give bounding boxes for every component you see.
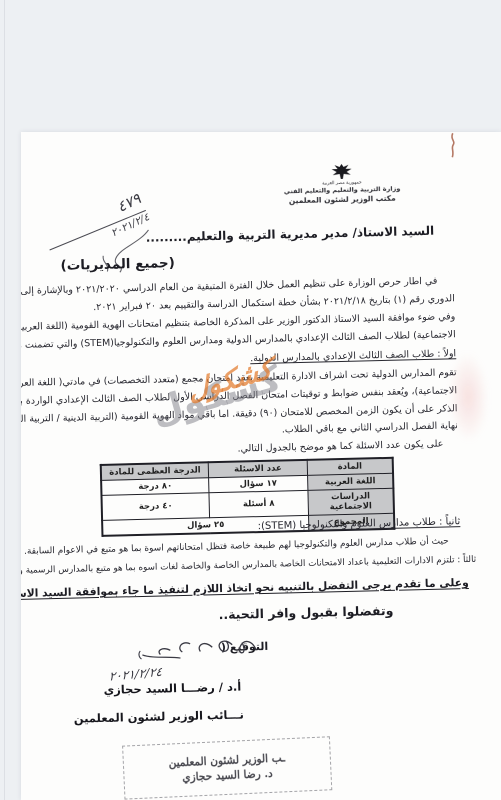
directorates-line: (جميع المديريات) (60, 255, 175, 274)
recipient-line: السيد الاستاذ/ مدير مديرية التربية والتع… (146, 224, 435, 245)
action-line: وعلى ما تقدم يرجى التفضل بالتنبيه نحو ات… (21, 576, 469, 602)
signature-name: أ.د / رضـــا السيد حجازي (103, 680, 241, 697)
signature-scribble-icon (136, 630, 263, 667)
letterhead: جمهورية مصر العربية وزارة التربية والتعل… (256, 162, 427, 206)
section1-heading: اولاً : طلاب الصف الثالث الإعدادي بالمدا… (250, 348, 456, 364)
official-stamp: ـب الوزير لشئون المعلمين د. رضا السيد حج… (122, 736, 332, 799)
table-note-line: على يكون عدد الاسئلة كما هو موضح بالجدول… (237, 439, 443, 455)
table-cell-questions: ٨ أسئلة (209, 490, 309, 517)
signature-title: نـــائب الوزير لشئون المعلمين (74, 708, 244, 726)
section2-text: حيث أن طلاب مدارس العلوم والتكنولوجيا له… (24, 536, 449, 556)
stamp-line1: ـب الوزير لشئون المعلمين (168, 751, 285, 769)
scan-edge-line (4, 0, 5, 800)
document-page: جمهورية مصر العربية وزارة التربية والتعل… (21, 132, 501, 800)
closing-line: وتفضلوا بقبول وافر التحية.. (218, 603, 393, 622)
scanned-content: جمهورية مصر العربية وزارة التربية والتعل… (21, 132, 501, 800)
section3-text: ثالثاً : تلتزم الادارات التعليمية باعداد… (21, 555, 476, 578)
table-cell-maxgrade: ٤٠ درجة (101, 493, 209, 521)
red-pen-mark-icon (446, 132, 461, 161)
body-line: نهاية الفصل الدراسي الثاني مع باقي الطلا… (282, 420, 458, 435)
table-cell-subject: الدراسات الاجتماعية (308, 488, 394, 515)
stamp-line2: د. رضا السيد حجازي (182, 767, 273, 784)
egypt-eagle-emblem-icon (329, 164, 353, 181)
scanned-document-screenshot: { "letterhead": { "emblem_icon": "egypt-… (0, 0, 501, 800)
